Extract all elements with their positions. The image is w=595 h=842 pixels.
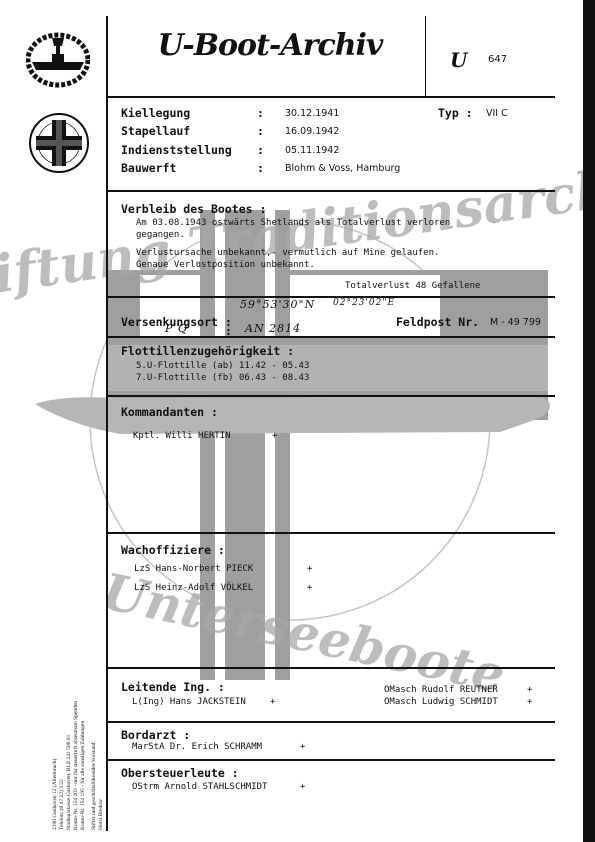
officer-name: LzS Hans-Norbert PIECK (134, 564, 253, 574)
sep: : (257, 124, 264, 138)
page-title: U-Boot-Archiv (140, 28, 400, 63)
type-value: VII C (486, 108, 508, 119)
u-boot-war-badge-logo (26, 32, 90, 88)
stiftung-traditionsarchiv-cross-logo (28, 112, 90, 174)
divider (107, 336, 555, 338)
contact-line: 2190 Cuxhaven 12 (Altenbruch) (52, 630, 59, 830)
divider (107, 532, 555, 534)
label-stapellauf: Stapellauf (121, 124, 190, 138)
flottille-line: 7.U-Flottille (fb) 06.43 - 08.43 (136, 373, 309, 383)
header-separator (425, 16, 426, 96)
coords-lat: 59°53'30"N (240, 298, 315, 311)
deceased-mark: + (307, 583, 312, 593)
leitende-ing-heading: Leitende Ing. : (121, 680, 225, 694)
deceased-mark: + (300, 782, 305, 792)
value-stapellauf: 16.09.1942 (285, 126, 339, 137)
boat-prefix: U (450, 48, 467, 72)
sep: : (257, 161, 264, 175)
sep: : (257, 143, 264, 157)
divider (107, 667, 555, 669)
pq-label: P Q (165, 322, 188, 335)
deceased-mark: + (307, 564, 312, 574)
verbleib-heading: Verbleib des Bootes : (121, 202, 266, 216)
flottille-line: 5.U-Flottille (ab) 11.42 - 05.43 (136, 361, 309, 371)
kommandanten-heading: Kommandanten : (121, 405, 218, 419)
deceased-mark: + (300, 742, 305, 752)
deceased-mark: + (527, 697, 532, 707)
doctor-name: MarStA Dr. Erich SCHRAMM (132, 742, 262, 752)
divider (107, 296, 555, 298)
value-kiellegung: 30.12.1941 (285, 108, 339, 119)
contact-line: Stifter und geschäftsführender Vorstand: (91, 630, 98, 830)
contact-line: Konto-Nr. 154 203 - nur für steuerlich a… (73, 630, 80, 830)
grid-square: AN 2814 (245, 322, 301, 335)
contact-line: Telefon: (0 47 22) 3 22 (59, 630, 66, 830)
deceased-mark: + (527, 685, 532, 695)
divider (107, 721, 555, 723)
contact-line: Konto-Nr. 154 195 - für alle sonstigen Z… (80, 630, 87, 830)
officer-name: LzS Heinz-Adolf VÖLKEL (134, 583, 253, 593)
engineer-name: OMasch Rudolf REUTNER (384, 685, 498, 695)
label-indienststellung: Indienststellung (121, 143, 232, 157)
wachoffiziere-heading: Wachoffiziere : (121, 543, 225, 557)
verbleib-line: Am 03.08.1943 ostwärts Shetlands als Tot… (136, 218, 450, 228)
feldpost-value: M - 49 799 (490, 317, 541, 328)
label-kiellegung: Kiellegung (121, 106, 190, 120)
feldpost-label: Feldpost Nr. (396, 315, 479, 329)
kommandant-name: Kptl. Willi HERTIN (133, 431, 231, 441)
deceased-mark: + (272, 431, 277, 441)
engineer-name: OMasch Ludwig SCHMIDT (384, 697, 498, 707)
contact-line: Stadtsparkasse Cuxhaven, BLZ 241 500 01 (66, 630, 73, 830)
navigator-name: OStrm Arnold STAHLSCHMIDT (132, 782, 267, 792)
bordarzt-heading: Bordarzt : (121, 728, 190, 742)
divider (107, 190, 555, 192)
engineer-name: L(Ing) Hans JACKSTEIN (132, 697, 246, 707)
boat-number: 647 (488, 54, 507, 65)
svg-text:Stiftung Traditionsarchiv: Stiftung Traditionsarchiv (0, 151, 595, 314)
divider (107, 96, 555, 98)
obersteuerleute-heading: Obersteuerleute : (121, 766, 239, 780)
verbleib-line: Verlustursache unbekannt,- vermutlich au… (136, 248, 439, 258)
contact-line: Horst Bredow (98, 630, 105, 830)
type-label: Typ : (438, 106, 473, 120)
value-indienststellung: 05.11.1942 (285, 145, 339, 156)
divider (107, 759, 555, 761)
form-left-border (106, 16, 108, 831)
verbleib-line: Genaue Verlustposition unbekannt. (136, 260, 315, 270)
value-bauwerft: Blohm & Voss, Hamburg (285, 163, 400, 174)
sep: : (225, 324, 232, 338)
deceased-mark: + (270, 697, 275, 707)
verbleib-line: gegangen. (136, 230, 185, 240)
foundation-contact-info: 2190 Cuxhaven 12 (Altenbruch) Telefon: (… (52, 630, 105, 830)
scan-edge (583, 0, 595, 842)
label-bauwerft: Bauwerft (121, 161, 176, 175)
sep: : (257, 106, 264, 120)
flottille-heading: Flottillenzugehörigkeit : (121, 344, 294, 358)
divider (107, 395, 555, 397)
loss-count: Totalverlust 48 Gefallene (345, 281, 480, 291)
coords-lon: 02°23'02"E (333, 298, 395, 308)
